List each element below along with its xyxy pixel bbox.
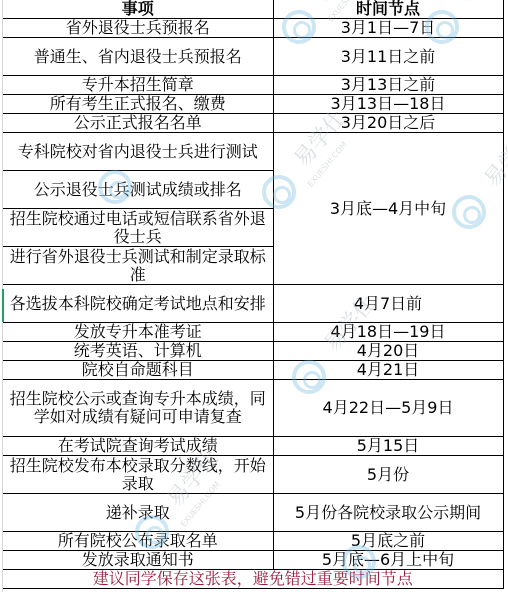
item-cell[interactable]: 招生院校发布本校录取分数线，开始录取 (3, 456, 273, 494)
item-cell[interactable]: 发放录取通知书 (3, 551, 273, 570)
item-cell[interactable]: 招生院校通过电话或短信联系省外退役士兵 (3, 209, 273, 247)
table-row: 所有院校公布录取名单 5月底之前 (3, 532, 503, 551)
item-cell[interactable]: 公示正式报名名单 (3, 114, 273, 133)
time-cell[interactable]: 5月份 (273, 456, 503, 494)
item-cell[interactable]: 在考试院查询考试成绩 (3, 437, 273, 456)
time-cell[interactable]: 4月7日前 (273, 285, 503, 323)
time-cell[interactable]: 3月1日—7日 (273, 19, 503, 38)
item-cell[interactable]: 专升本招生简章 (3, 76, 273, 95)
header-item: 事项 (3, 0, 273, 19)
time-cell[interactable]: 4月21日 (273, 361, 503, 380)
table-row: 招生院校发布本校录取分数线，开始录取 5月份 (3, 456, 503, 494)
table-row: 专升本招生简章 3月13日之前 (3, 76, 503, 95)
table-row: 递补录取 5月份各院校录取公示期间 (3, 494, 503, 532)
table-row: 各选拔本科院校确定考试地点和安排 4月7日前 (3, 285, 503, 323)
footer-row: 建议同学保存这张表，避免错过重要时间节点 (3, 570, 503, 589)
table-row: 所有考生正式报名、缴费 3月13日—18日 (3, 95, 503, 114)
time-cell[interactable]: 3月13日之前 (273, 76, 503, 95)
time-cell[interactable]: 3月13日—18日 (273, 95, 503, 114)
item-cell[interactable]: 院校自命题科目 (3, 361, 273, 380)
spreadsheet-view: 事项 时间节点 省外退役士兵预报名 3月1日—7日 普通生、省内退役士兵预报名 … (0, 0, 508, 592)
footer-note[interactable]: 建议同学保存这张表，避免错过重要时间节点 (3, 570, 503, 589)
header-time: 时间节点 (273, 0, 503, 19)
table-row: 统考英语、计算机 4月20日 (3, 342, 503, 361)
item-cell[interactable]: 统考英语、计算机 (3, 342, 273, 361)
item-cell[interactable]: 专科院校对省内退役士兵进行测试 (3, 133, 273, 171)
table-row: 公示正式报名名单 3月20日之后 (3, 114, 503, 133)
table-row: 院校自命题科目 4月21日 (3, 361, 503, 380)
time-cell[interactable]: 5月底之前 (273, 532, 503, 551)
schedule-table: 事项 时间节点 省外退役士兵预报名 3月1日—7日 普通生、省内退役士兵预报名 … (3, 0, 504, 589)
time-cell-merged[interactable]: 3月底—4月中旬 (273, 133, 503, 285)
table-row: 普通生、省内退役士兵预报名 3月11日之前 (3, 38, 503, 76)
item-cell[interactable]: 各选拔本科院校确定考试地点和安排 (3, 285, 273, 323)
table-row: 发放录取通知书 5月底—6月上中旬 (3, 551, 503, 570)
table-row: 省外退役士兵预报名 3月1日—7日 (3, 19, 503, 38)
time-cell[interactable]: 3月20日之后 (273, 114, 503, 133)
item-cell[interactable]: 进行省外退役士兵测试和制定录取标准 (3, 247, 273, 285)
item-cell[interactable]: 发放专升本准考证 (3, 323, 273, 342)
time-cell[interactable]: 3月11日之前 (273, 38, 503, 76)
time-cell[interactable]: 5月15日 (273, 437, 503, 456)
item-cell[interactable]: 公示退役士兵测试成绩或排名 (3, 171, 273, 209)
time-cell[interactable]: 4月20日 (273, 342, 503, 361)
item-cell[interactable]: 省外退役士兵预报名 (3, 19, 273, 38)
item-cell[interactable]: 所有院校公布录取名单 (3, 532, 273, 551)
table-row: 专科院校对省内退役士兵进行测试 3月底—4月中旬 (3, 133, 503, 171)
table-row: 招生院校公示或查询专升本成绩，同学如对成绩有疑问可申请复查 4月22日—5月9日 (3, 380, 503, 437)
item-cell[interactable]: 招生院校公示或查询专升本成绩，同学如对成绩有疑问可申请复查 (3, 380, 273, 437)
item-cell[interactable]: 所有考生正式报名、缴费 (3, 95, 273, 114)
table-header-row: 事项 时间节点 (3, 0, 503, 19)
item-cell[interactable]: 递补录取 (3, 494, 273, 532)
time-cell[interactable]: 5月份各院校录取公示期间 (273, 494, 503, 532)
time-cell[interactable]: 4月22日—5月9日 (273, 380, 503, 437)
time-cell[interactable]: 5月底—6月上中旬 (273, 551, 503, 570)
item-cell[interactable]: 普通生、省内退役士兵预报名 (3, 38, 273, 76)
time-cell[interactable]: 4月18日—19日 (273, 323, 503, 342)
table-row: 在考试院查询考试成绩 5月15日 (3, 437, 503, 456)
table-row: 发放专升本准考证 4月18日—19日 (3, 323, 503, 342)
